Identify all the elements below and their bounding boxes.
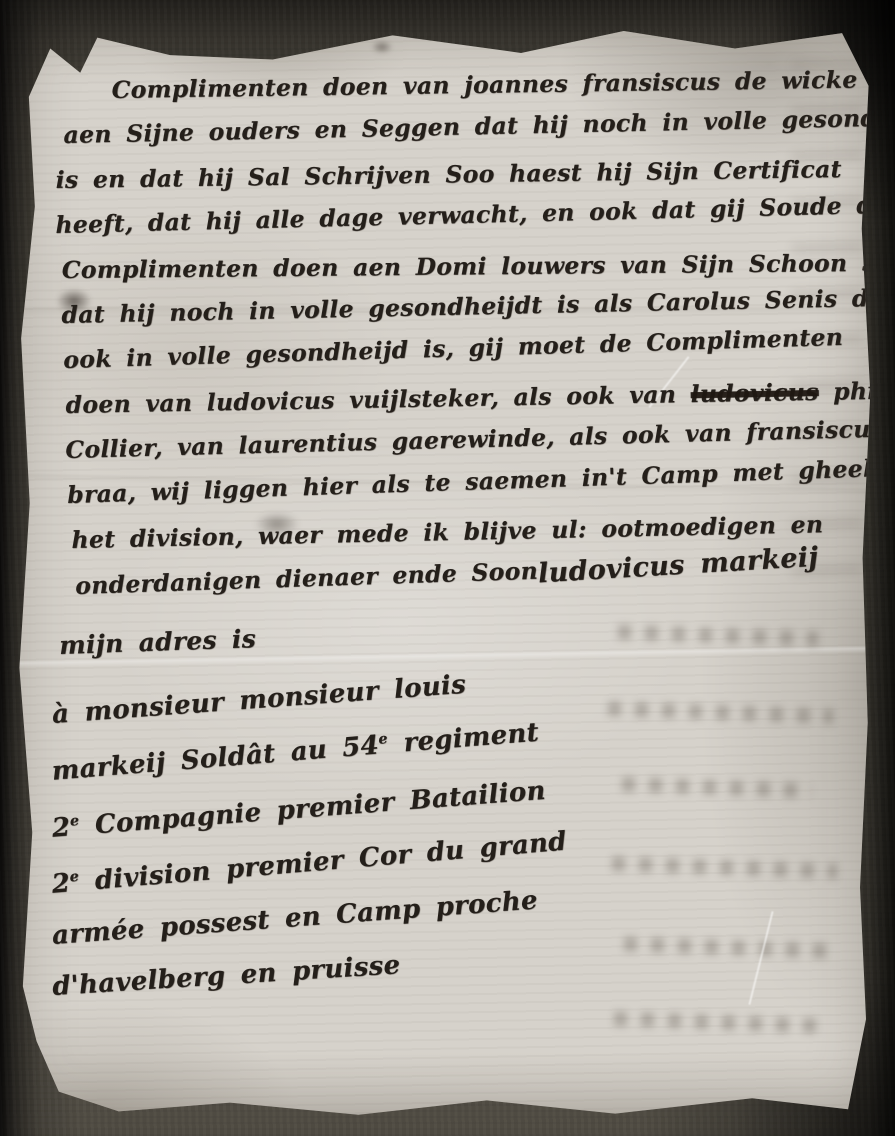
address-line-2-text: regiment xyxy=(387,718,540,760)
crossed-out-word: ludovicus xyxy=(690,378,819,408)
letter-page: Complimenten doen van joannes fransiscus… xyxy=(16,20,872,1118)
address-block: à monsieur monsieur louis markeij Soldât… xyxy=(54,690,844,1013)
letter-content: Complimenten doen van joannes fransiscus… xyxy=(16,20,872,1118)
